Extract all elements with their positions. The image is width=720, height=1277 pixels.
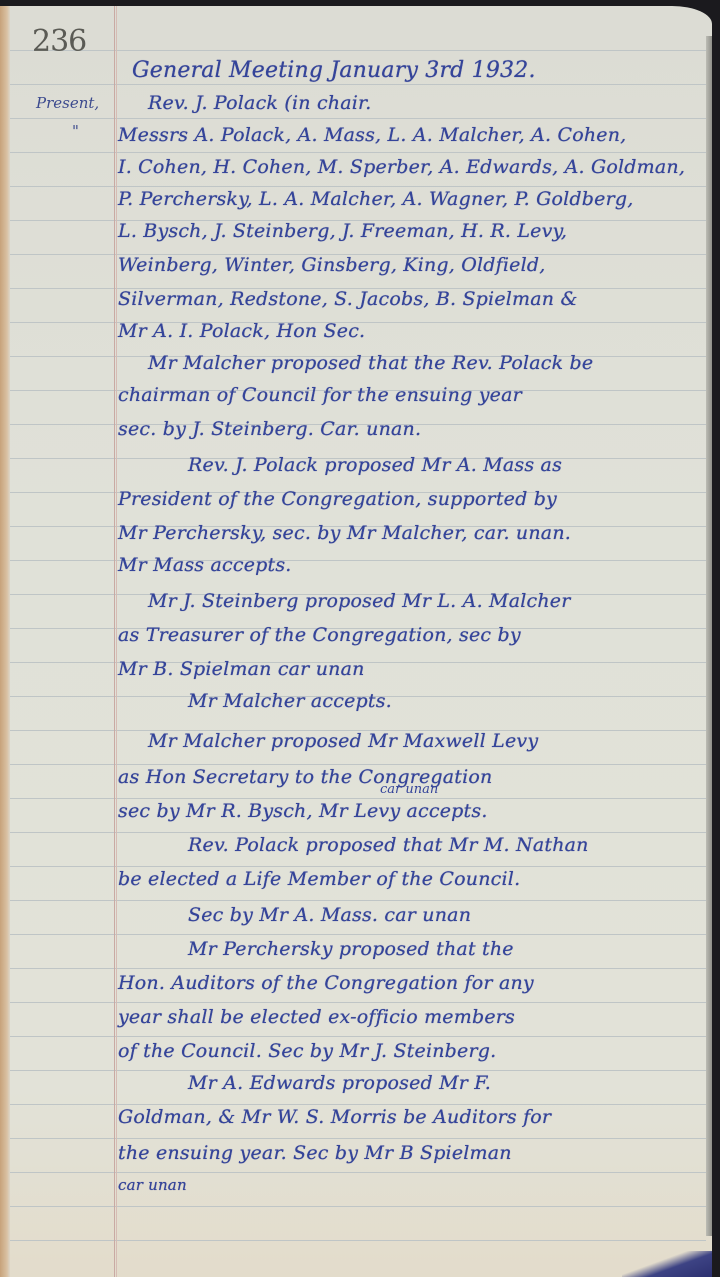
minutes-line: Mr Malcher proposed that the Rev. Polack… [118,352,698,374]
minutes-line: President of the Congregation, supported… [118,488,698,510]
background-corner [622,1251,712,1277]
minutes-line: the ensuing year. Sec by Mr B Spielman [118,1142,698,1164]
minutes-line: Rev. J. Polack (in chair. [118,92,698,114]
page-number: 236 [32,24,86,59]
minutes-line: chairman of Council for the ensuing year [118,384,698,406]
minutes-line: Mr Mass accepts. [118,554,698,576]
minutes-line: year shall be elected ex-officio members [118,1006,698,1028]
interlinear-note: car unan [380,782,438,797]
minutes-line: be elected a Life Member of the Council. [118,868,698,890]
minutes-line: Hon. Auditors of the Congregation for an… [118,972,698,994]
minutes-line: I. Cohen, H. Cohen, M. Sperber, A. Edwar… [118,156,698,178]
minutes-line: Mr Malcher proposed Mr Maxwell Levy [118,730,698,752]
margin-note-ditto: " [72,122,79,140]
margin-rule [114,6,115,1277]
minutes-line: Mr Perchersky proposed that the [118,938,698,960]
minutes-line: Mr A. I. Polack, Hon Sec. [118,320,698,342]
minutes-line: Weinberg, Winter, Ginsberg, King, Oldfie… [118,254,698,276]
minutes-line: Silverman, Redstone, S. Jacobs, B. Spiel… [118,288,698,310]
minutes-line: Goldman, & Mr W. S. Morris be Auditors f… [118,1106,698,1128]
margin-note-present: Present, [36,94,99,112]
minutes-line: Mr Malcher accepts. [118,690,698,712]
ledger-page: 236 Present, " General Meeting January 3… [0,6,712,1277]
book-binding-edge [0,6,10,1277]
minutes-line: sec by Mr R. Bysch, Mr Levy accepts. [118,800,698,822]
minutes-line: as Treasurer of the Congregation, sec by [118,624,698,646]
minutes-line: Messrs A. Polack, A. Mass, L. A. Malcher… [118,124,698,146]
minutes-line: Sec by Mr A. Mass. car unan [118,904,698,926]
minutes-line: Rev. J. Polack proposed Mr A. Mass as [118,454,698,476]
minutes-line: L. Bysch, J. Steinberg, J. Freeman, H. R… [118,220,698,242]
minutes-line: Rev. Polack proposed that Mr M. Nathan [118,834,698,856]
minutes-line: Mr Perchersky, sec. by Mr Malcher, car. … [118,522,698,544]
minutes-line: of the Council. Sec by Mr J. Steinberg. [118,1040,698,1062]
page-edge [706,36,712,1236]
minutes-line: P. Perchersky, L. A. Malcher, A. Wagner,… [118,188,698,210]
minutes-line: Mr B. Spielman car unan [118,658,698,680]
minutes-line: sec. by J. Steinberg. Car. unan. [118,418,698,440]
minutes-line: Mr J. Steinberg proposed Mr L. A. Malche… [118,590,698,612]
minutes-line: car unan [118,1176,698,1194]
meeting-title: General Meeting January 3rd 1932. [118,58,698,83]
minutes-line: Mr A. Edwards proposed Mr F. [118,1072,698,1094]
